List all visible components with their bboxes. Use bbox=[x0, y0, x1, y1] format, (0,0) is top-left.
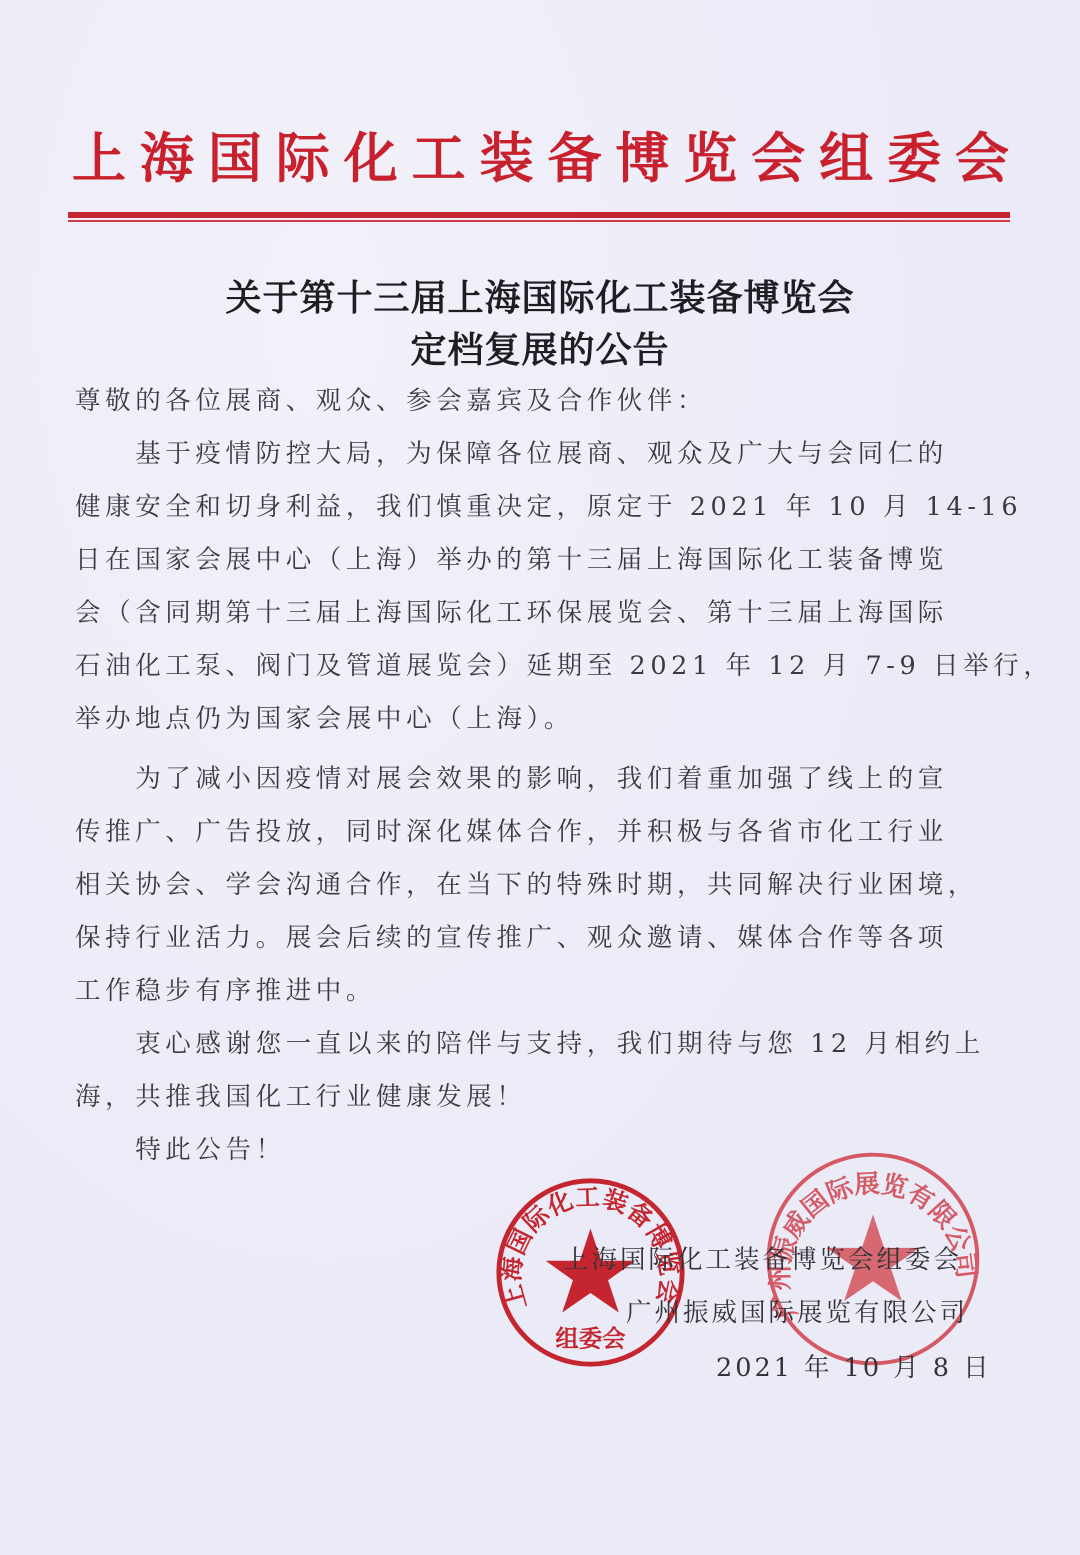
letterhead-char: 备 bbox=[543, 128, 605, 190]
body-line: 海，共推我国化工行业健康发展！ bbox=[75, 1081, 1005, 1113]
letterhead-char: 会 bbox=[747, 128, 809, 190]
body-line: 相关协会、学会沟通合作，在当下的特殊时期，共同解决行业困境， bbox=[75, 869, 1005, 901]
letterhead-char: 工 bbox=[408, 128, 470, 190]
letterhead-char: 海 bbox=[136, 128, 198, 190]
letterhead-char: 览 bbox=[679, 128, 741, 190]
letterhead-char: 际 bbox=[272, 128, 334, 190]
signatory-committee: 上海国际化工装备博览会组委会 bbox=[563, 1240, 962, 1276]
letterhead-char: 博 bbox=[611, 128, 673, 190]
announcement-title-line2: 定档复展的公告 bbox=[0, 322, 1080, 373]
body-line: 为了减小因疫情对展会效果的影响，我们着重加强了线上的宣 bbox=[75, 763, 1005, 795]
body-line: 工作稳步有序推进中。 bbox=[75, 975, 1005, 1007]
body-line: 会（含同期第十三届上海国际化工环保展览会、第十三届上海国际 bbox=[75, 597, 1005, 629]
body-line: 健康安全和切身利益，我们慎重决定，原定于 2021 年 10 月 14-16 bbox=[75, 491, 1005, 523]
letterhead-divider-thin bbox=[68, 220, 1010, 222]
signatory-company: 广州振威国际展览有限公司 bbox=[626, 1293, 968, 1329]
letterhead-char: 组 bbox=[815, 128, 877, 190]
announcement-title-line1: 关于第十三届上海国际化工装备博览会 bbox=[0, 270, 1080, 321]
body-line: 传推广、广告投放，同时深化媒体合作，并积极与各省市化工行业 bbox=[75, 816, 1005, 848]
body-line: 基于疫情防控大局，为保障各位展商、观众及广大与会同仁的 bbox=[75, 438, 1005, 470]
letterhead-char: 会 bbox=[951, 128, 1013, 190]
letterhead-divider-thick bbox=[68, 212, 1010, 218]
letterhead-org-name: 上 海 国 际 化 工 装 备 博 览 会 组 委 会 bbox=[68, 128, 1013, 190]
letterhead-char: 上 bbox=[68, 128, 130, 190]
salutation: 尊敬的各位展商、观众、参会嘉宾及合作伙伴： bbox=[75, 385, 1005, 417]
seal-bottom-text: 组委会 bbox=[555, 1325, 626, 1353]
body-line: 保持行业活力。展会后续的宣传推广、观众邀请、媒体合作等各项 bbox=[75, 922, 1005, 954]
signature-date: 2021 年 10 月 8 日 bbox=[716, 1348, 992, 1384]
letterhead-char: 装 bbox=[476, 128, 538, 190]
body-line: 衷心感谢您一直以来的陪伴与支持，我们期待与您 12 月相约上 bbox=[75, 1028, 1005, 1060]
letterhead-char: 委 bbox=[883, 128, 945, 190]
body-line: 举办地点仍为国家会展中心（上海）。 bbox=[75, 703, 1005, 735]
letterhead-char: 化 bbox=[340, 128, 402, 190]
body-line: 日在国家会展中心（上海）举办的第十三届上海国际化工装备博览 bbox=[75, 544, 1005, 576]
body-line: 石油化工泵、阀门及管道展览会）延期至 2021 年 12 月 7-9 日举行， bbox=[75, 650, 1005, 682]
document-page: 上 海 国 际 化 工 装 备 博 览 会 组 委 会 关于第十三届上海国际化工… bbox=[0, 0, 1080, 1555]
letterhead-char: 国 bbox=[204, 128, 266, 190]
